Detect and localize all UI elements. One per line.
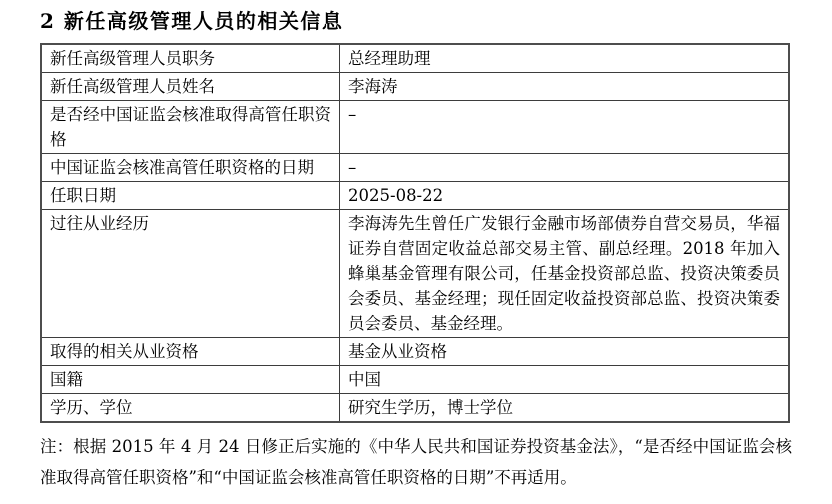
row-value-csrc-approval-date: – xyxy=(340,154,790,182)
row-label-nationality: 国籍 xyxy=(41,366,340,394)
row-value-appointment-date: 2025-08-22 xyxy=(340,182,790,210)
row-value-education: 研究生学历，博士学位 xyxy=(340,394,790,423)
row-label-work-experience: 过往从业经历 xyxy=(41,210,340,338)
page-title: 2 新任高级管理人员的相关信息 xyxy=(40,5,792,34)
table-row-work-experience: 过往从业经历 李海涛先生曾任广发银行金融市场部债券自营交易员，华福证券自营固定收… xyxy=(41,210,789,338)
table-row-nationality: 国籍 中国 xyxy=(41,366,789,394)
row-value-work-experience: 李海涛先生曾任广发银行金融市场部债券自营交易员，华福证券自营固定收益总部交易主管… xyxy=(340,210,790,338)
row-label-qualifications: 取得的相关从业资格 xyxy=(41,338,340,366)
table-row-csrc-approval-date: 中国证监会核准高管任职资格的日期 – xyxy=(41,154,789,182)
table-row-csrc-approval: 是否经中国证监会核准取得高管任职资格 – xyxy=(41,101,789,154)
management-info-table-body: 新任高级管理人员职务 总经理助理 新任高级管理人员姓名 李海涛 是否经中国证监会… xyxy=(41,44,789,422)
table-row-education: 学历、学位 研究生学历，博士学位 xyxy=(41,394,789,423)
row-label-csrc-approval: 是否经中国证监会核准取得高管任职资格 xyxy=(41,101,340,154)
row-value-csrc-approval: – xyxy=(340,101,790,154)
table-row-position: 新任高级管理人员职务 总经理助理 xyxy=(41,44,789,73)
row-value-name: 李海涛 xyxy=(340,73,790,101)
row-label-name: 新任高级管理人员姓名 xyxy=(41,73,340,101)
row-label-education: 学历、学位 xyxy=(41,394,340,423)
table-row-name: 新任高级管理人员姓名 李海涛 xyxy=(41,73,789,101)
row-value-nationality: 中国 xyxy=(340,366,790,394)
row-value-qualifications: 基金从业资格 xyxy=(340,338,790,366)
footnote: 注：根据 2015 年 4 月 24 日修正后实施的《中华人民共和国证券投资基金… xyxy=(40,431,792,493)
document-page: 2 新任高级管理人员的相关信息 新任高级管理人员职务 总经理助理 新任高级管理人… xyxy=(0,0,832,493)
row-value-position: 总经理助理 xyxy=(340,44,790,73)
row-label-position: 新任高级管理人员职务 xyxy=(41,44,340,73)
table-row-appointment-date: 任职日期 2025-08-22 xyxy=(41,182,789,210)
row-label-csrc-approval-date: 中国证监会核准高管任职资格的日期 xyxy=(41,154,340,182)
row-label-appointment-date: 任职日期 xyxy=(41,182,340,210)
table-row-qualifications: 取得的相关从业资格 基金从业资格 xyxy=(41,338,789,366)
management-info-table: 新任高级管理人员职务 总经理助理 新任高级管理人员姓名 李海涛 是否经中国证监会… xyxy=(40,43,790,423)
